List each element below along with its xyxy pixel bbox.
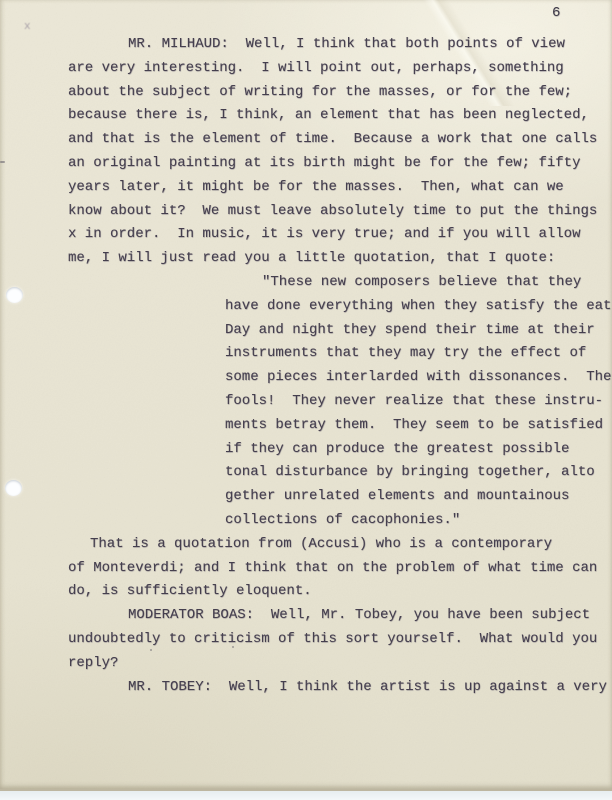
- scanner-background: [0, 791, 612, 800]
- typed-line: instruments that they may try the effect…: [68, 342, 598, 366]
- dust-speck: [0, 161, 5, 163]
- typed-line: collections of cacophonies.": [68, 509, 598, 533]
- paper-sheet: 6 x MR. MILHAUD: Well, I think that both…: [0, 0, 612, 791]
- dust-speck: [150, 649, 152, 651]
- typed-line: ments betray them. They seem to be satis…: [68, 414, 598, 438]
- corner-pencil-mark: x: [24, 21, 31, 33]
- typed-line: do, is sufficiently eloquent.: [68, 580, 598, 604]
- typed-line: if they can produce the greatest possibl…: [68, 438, 598, 462]
- page-number: 6: [552, 5, 560, 21]
- typed-text: MR. MILHAUD: Well, I think that both poi…: [68, 33, 598, 699]
- typed-line: an original painting at its birth might …: [68, 152, 598, 176]
- typed-line: MR. TOBEY: Well, I think the artist is u…: [68, 676, 598, 700]
- typed-line: MODERATOR BOAS: Well, Mr. Tobey, you hav…: [68, 604, 598, 628]
- dust-speck: [232, 646, 234, 648]
- typed-line: tonal disturbance by bringing together, …: [68, 461, 598, 485]
- typed-line: fools! They never realize that these ins…: [68, 390, 598, 414]
- typed-line: That is a quotation from (Accusi) who is…: [68, 533, 598, 557]
- typed-line: know about it? We must leave absolutely …: [68, 200, 598, 224]
- typed-line: undoubtedly to criticism of this sort yo…: [68, 628, 598, 652]
- typed-line: years later, it might be for the masses.…: [68, 176, 598, 200]
- punch-hole-bottom: [5, 480, 22, 496]
- typed-line: are very interesting. I will point out, …: [68, 57, 598, 81]
- typed-line: x in order. In music, it is very true; a…: [68, 223, 598, 247]
- typed-line: gether unrelated elements and mountainou…: [68, 485, 598, 509]
- punch-hole-top: [6, 287, 23, 303]
- scanned-page: 6 x MR. MILHAUD: Well, I think that both…: [0, 0, 612, 800]
- typed-line: have done everything when they satisfy t…: [68, 295, 598, 319]
- typed-line: MR. MILHAUD: Well, I think that both poi…: [68, 33, 598, 57]
- typed-line: Day and night they spend their time at t…: [68, 319, 598, 343]
- typed-line: reply?: [68, 652, 598, 676]
- typed-line: me, I will just read you a little quotat…: [68, 247, 598, 271]
- typed-line: some pieces interlarded with dissonances…: [68, 366, 598, 390]
- typed-line: "These new composers believe that they: [68, 271, 598, 295]
- typed-line: about the subject of writing for the mas…: [68, 81, 598, 105]
- typed-line: and that is the element of time. Because…: [68, 128, 598, 152]
- typed-line: of Monteverdi; and I think that on the p…: [68, 557, 598, 581]
- typed-line: because there is, I think, an element th…: [68, 104, 598, 128]
